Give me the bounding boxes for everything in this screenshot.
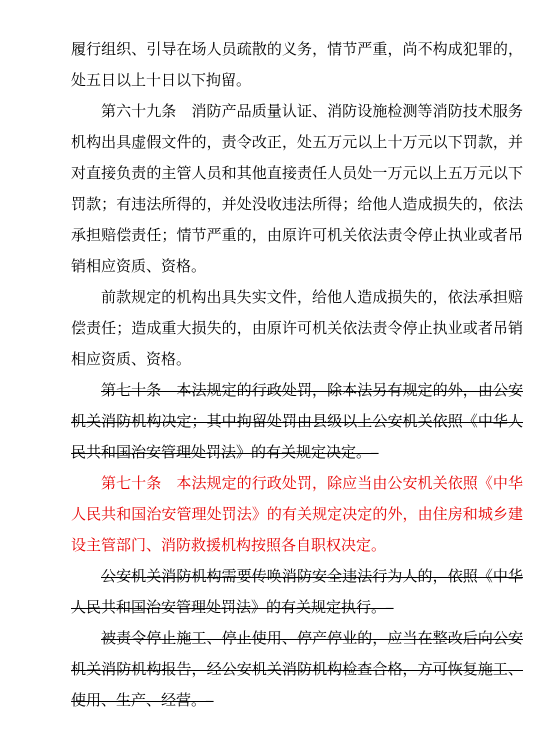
document-body: 履行组织、引导在场人员疏散的义务，情节严重，尚不构成犯罪的，处五日以上十日以下拘… xyxy=(71,35,523,717)
paragraph-normal-0: 履行组织、引导在场人员疏散的义务，情节严重，尚不构成犯罪的，处五日以上十日以下拘… xyxy=(71,35,523,97)
paragraph-deleted-6: 被责令停止施工、停止使用、停产停业的，应当在整改后向公安机关消防机构报告，经公安… xyxy=(71,624,523,717)
document-page: 履行组织、引导在场人员疏散的义务，情节严重，尚不构成犯罪的，处五日以上十日以下拘… xyxy=(0,0,559,756)
paragraph-deleted-3: 第七十条 本法规定的行政处罚，除本法另有规定的外，由公安机关消防机构决定；其中拘… xyxy=(71,376,523,469)
paragraph-normal-1: 第六十九条 消防产品质量认证、消防设施检测等消防技术服务机构出具虚假文件的，责令… xyxy=(71,97,523,283)
paragraph-inserted-4: 第七十条 本法规定的行政处罚，除应当由公安机关依照《中华人民共和国治安管理处罚法… xyxy=(71,469,523,562)
paragraph-normal-2: 前款规定的机构出具失实文件，给他人造成损失的，依法承担赔偿责任；造成重大损失的，… xyxy=(71,283,523,376)
paragraph-deleted-5: 公安机关消防机构需要传唤消防安全违法行为人的，依照《中华人民共和国治安管理处罚法… xyxy=(71,562,523,624)
